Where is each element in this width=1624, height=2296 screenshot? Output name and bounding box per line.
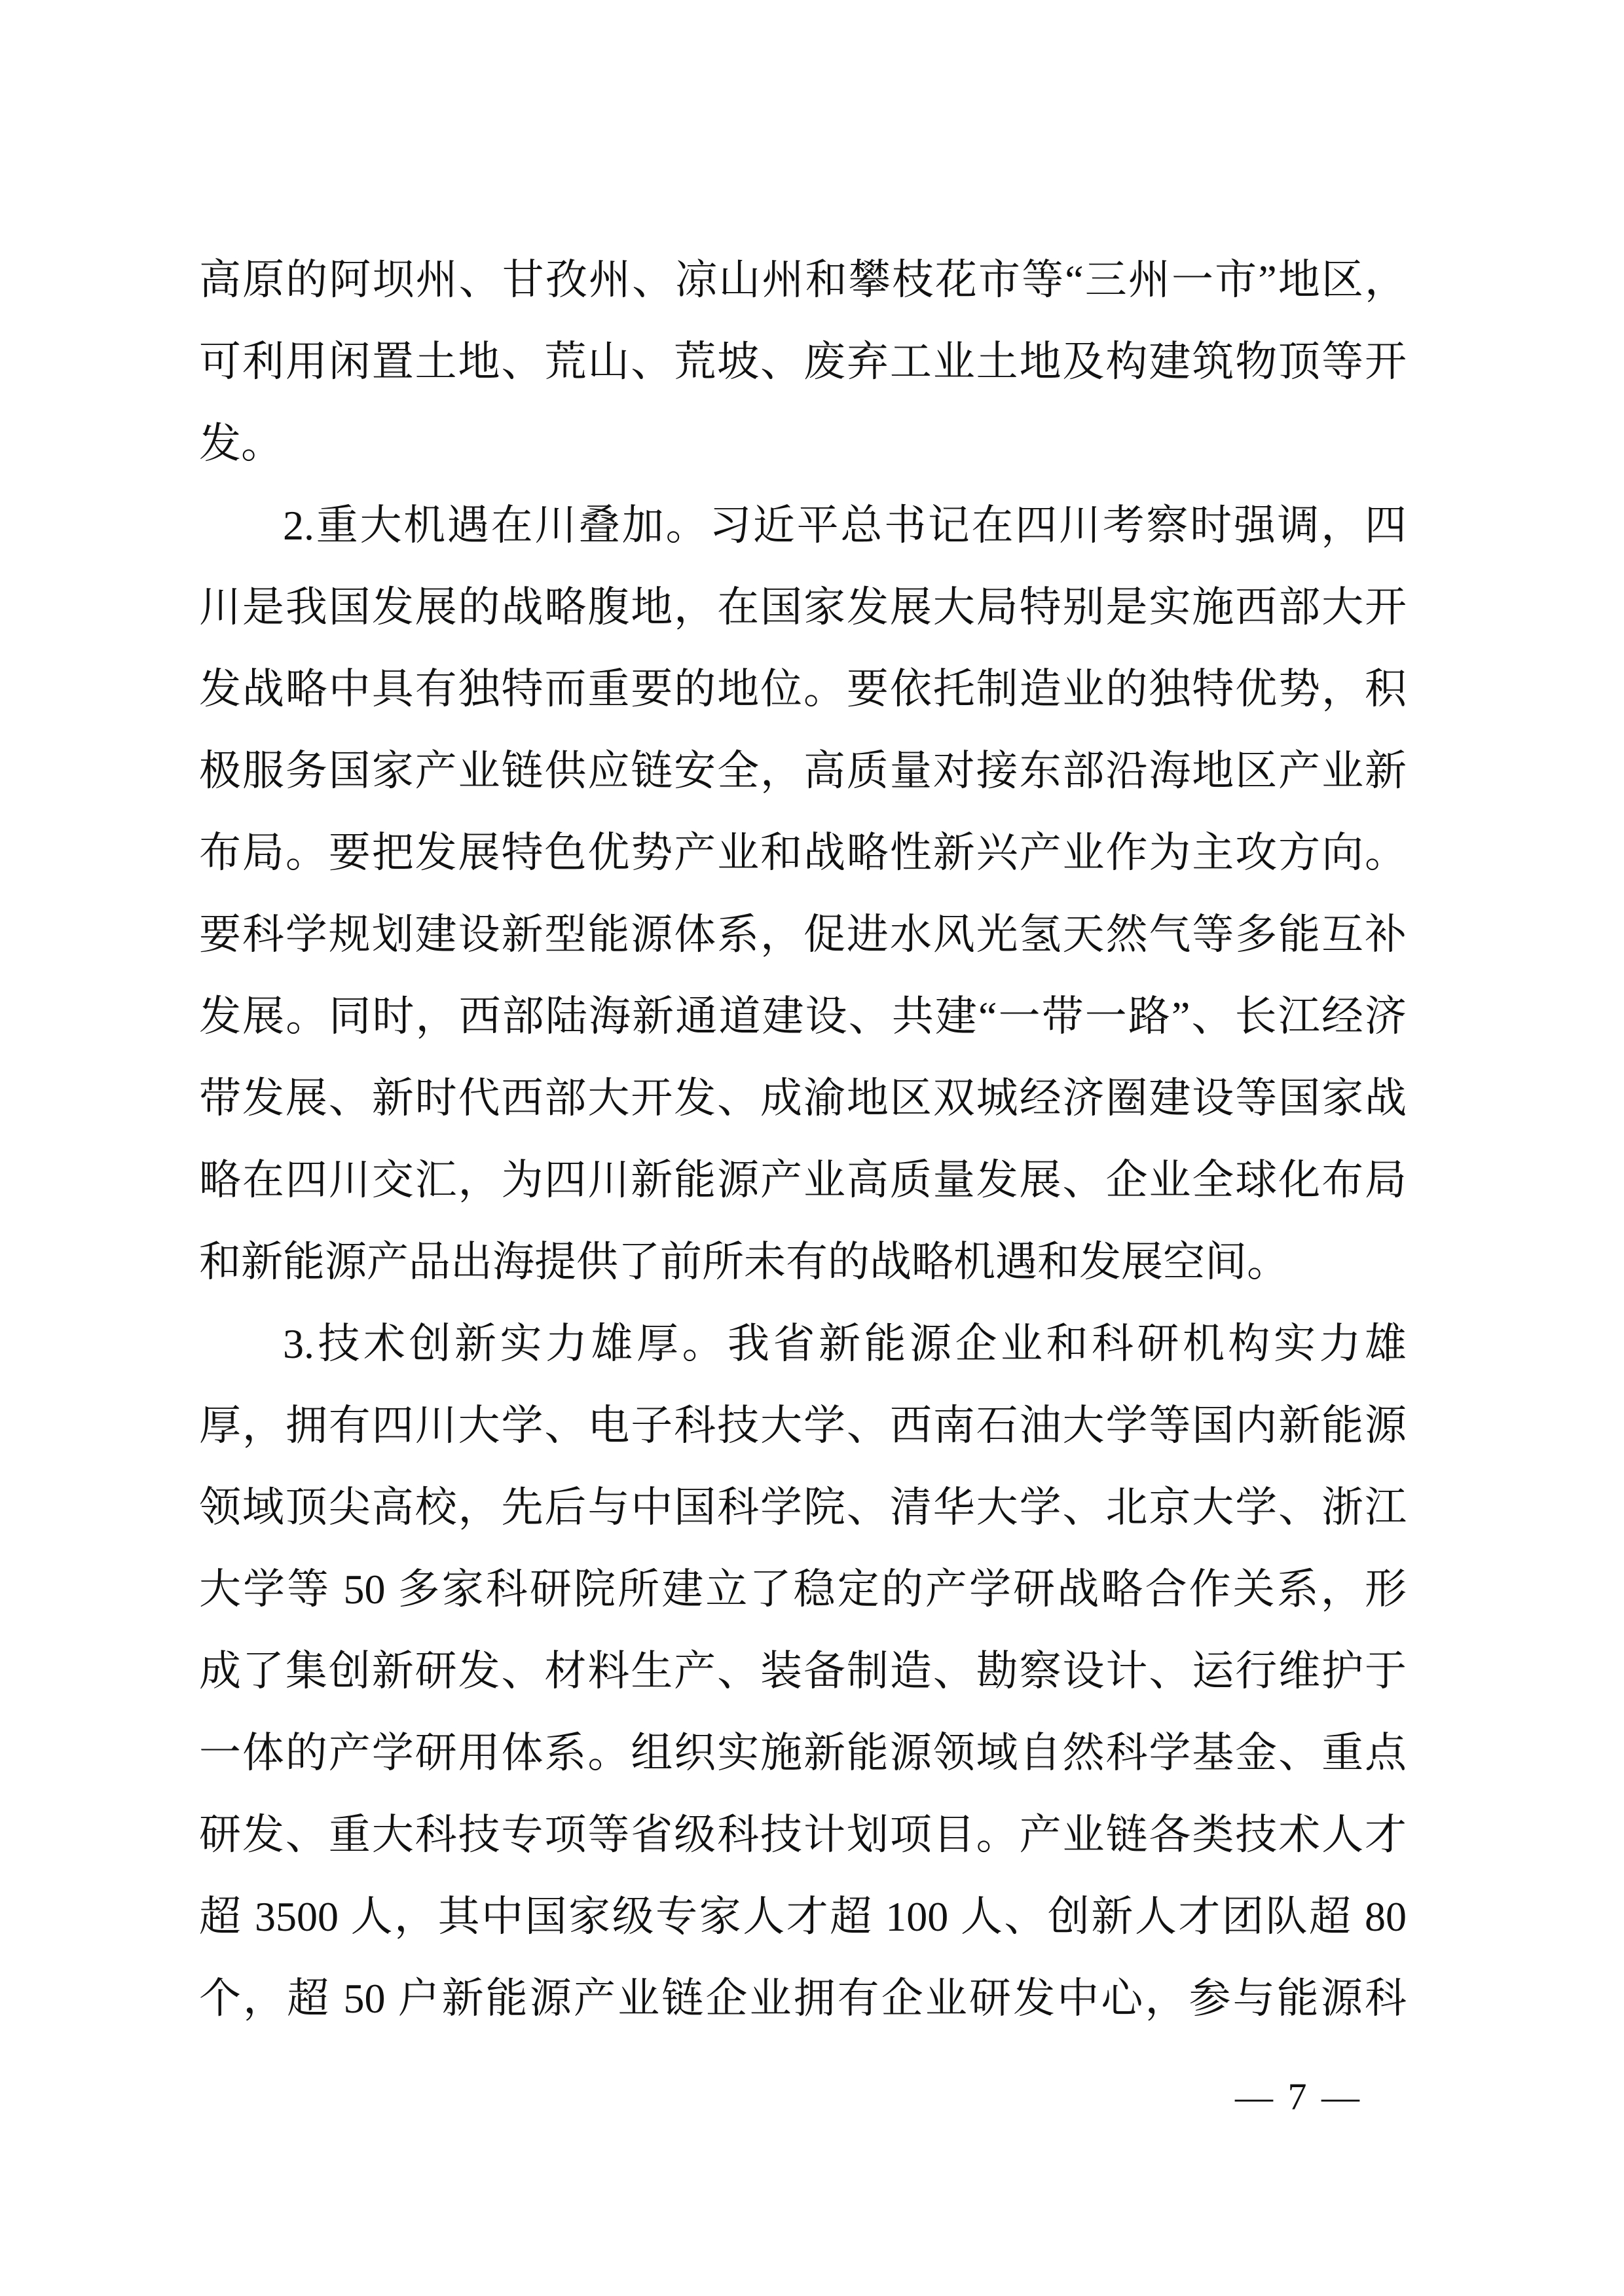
- text-line: 可利用闲置土地、荒山、荒坡、废弃工业土地及构建筑物顶等开: [199, 321, 1407, 403]
- text-line: 成了集创新研发、材料生产、装备制造、勘察设计、运行维护于: [199, 1630, 1407, 1712]
- text-line: 发战略中具有独特而重要的地位。要依托制造业的独特优势，积: [199, 648, 1407, 730]
- text-line: 研发、重大科技专项等省级科技计划项目。产业链各类技术人才: [199, 1794, 1407, 1876]
- text-line: 要科学规划建设新型能源体系，促进水风光氢天然气等多能互补: [199, 894, 1407, 975]
- text-line: 领域顶尖高校，先后与中国科学院、清华大学、北京大学、浙江: [199, 1467, 1407, 1548]
- text-line: 个，超 50 户新能源产业链企业拥有企业研发中心，参与能源科: [199, 1958, 1407, 2039]
- text-line: 发展。同时，西部陆海新通道建设、共建“一带一路”、长江经济: [199, 975, 1407, 1057]
- text-line: 和新能源产品出海提供了前所未有的战略机遇和发展空间。: [199, 1221, 1407, 1303]
- text-line: 大学等 50 多家科研院所建立了稳定的产学研战略合作关系，形: [199, 1548, 1407, 1630]
- text-line-paragraph-start: 3.技术创新实力雄厚。我省新能源企业和科研机构实力雄: [199, 1303, 1407, 1385]
- text-line: 布局。要把发展特色优势产业和战略性新兴产业作为主攻方向。: [199, 812, 1407, 894]
- text-line: 带发展、新时代西部大开发、成渝地区双城经济圈建设等国家战: [199, 1057, 1407, 1139]
- text-line: 厚，拥有四川大学、电子科技大学、西南石油大学等国内新能源: [199, 1385, 1407, 1467]
- document-page: 高原的阿坝州、甘孜州、凉山州和攀枝花市等“三州一市”地区， 可利用闲置土地、荒山…: [0, 0, 1624, 2296]
- page-number: — 7 —: [1235, 2069, 1362, 2125]
- body-text: 高原的阿坝州、甘孜州、凉山州和攀枝花市等“三州一市”地区， 可利用闲置土地、荒山…: [199, 239, 1407, 2039]
- text-line-paragraph-start: 2.重大机遇在川叠加。习近平总书记在四川考察时强调，四: [199, 484, 1407, 566]
- text-line: 极服务国家产业链供应链安全，高质量对接东部沿海地区产业新: [199, 730, 1407, 812]
- text-line: 川是我国发展的战略腹地，在国家发展大局特别是实施西部大开: [199, 566, 1407, 648]
- text-line: 超 3500 人，其中国家级专家人才超 100 人、创新人才团队超 80: [199, 1876, 1407, 1958]
- text-line: 发。: [199, 403, 1407, 484]
- text-line: 高原的阿坝州、甘孜州、凉山州和攀枝花市等“三州一市”地区，: [199, 239, 1407, 321]
- text-line: 略在四川交汇，为四川新能源产业高质量发展、企业全球化布局: [199, 1139, 1407, 1221]
- text-line: 一体的产学研用体系。组织实施新能源领域自然科学基金、重点: [199, 1712, 1407, 1794]
